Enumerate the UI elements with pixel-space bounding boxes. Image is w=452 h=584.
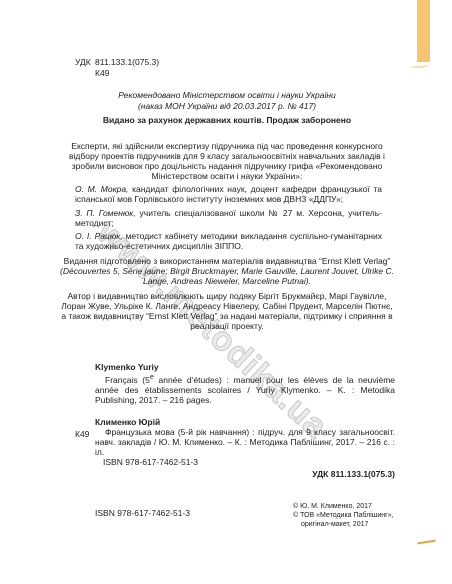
copyright-layout: оригінал-макет, 2017 xyxy=(293,520,394,529)
biblio-author-latin: Klymenko Yuriy xyxy=(95,362,395,372)
accent-line xyxy=(417,540,436,545)
footer-isbn: ISBN 978-617-7462-51-3 xyxy=(95,508,190,518)
publisher-materials-note: Видання підготовлено з використанням мат… xyxy=(59,256,395,286)
biblio-fr-part1: Français (5 xyxy=(105,375,150,385)
expert-name: О. І. Рацюк, xyxy=(75,231,123,241)
page-corner-tab xyxy=(417,0,430,62)
publisher-credits: (Découvertes 5, Série jaune; Birgit Bruc… xyxy=(59,266,395,286)
expert-name: З. П. Гоменюк, xyxy=(75,208,136,218)
udk-footer: УДК 811.133.1(075.3) xyxy=(95,469,395,479)
state-funds-notice: Видано за рахунок державних коштів. Прод… xyxy=(60,115,394,125)
udk-number: 811.133.1(075.3) xyxy=(95,57,159,67)
copyright-block: © Ю. М. Клименко, 2017 © ТОВ «Методика П… xyxy=(293,502,394,529)
copyright-publisher: © ТОВ «Методика Паблішинг», xyxy=(293,511,394,520)
imprint-page: www.metodika.ua УДК 811.133.1(075.3) К49… xyxy=(0,0,452,584)
isbn-line: ISBN 978-617-7462-51-3 xyxy=(95,457,395,467)
biblio-entry-french: Klymenko Yuriy Français (5e année d’étud… xyxy=(95,362,395,405)
expert-entry: О. М. Мокра, кандидат філологічних наук,… xyxy=(75,184,382,204)
ministry-recommendation: Рекомендовано Міністерством освіти і нау… xyxy=(60,90,394,111)
catalog-code: К49 xyxy=(95,68,109,78)
udk-label: УДК xyxy=(75,57,91,67)
publisher-materials-line: Видання підготовлено з використанням мат… xyxy=(59,256,395,266)
biblio-author-cyrillic: Клименко Юрій xyxy=(95,417,395,427)
acknowledgment-paragraph: Автор і видавництво висловлюють щиру под… xyxy=(60,291,394,331)
biblio-entry-ukrainian: К49 Клименко Юрій Французька мова (5-й р… xyxy=(95,417,395,479)
catalog-code-margin: К49 xyxy=(75,429,89,439)
experts-intro: Експерти, які здійснили експертизу підру… xyxy=(60,141,394,181)
experts-list: О. М. Мокра, кандидат філологічних наук,… xyxy=(75,184,382,255)
biblio-text-french: Français (5e année d’études) : manuel po… xyxy=(95,372,395,405)
biblio-text-ukrainian: Французька мова (5-й рік навчання) : під… xyxy=(95,427,395,457)
page-corner-tab-curl xyxy=(411,61,430,68)
expert-entry: О. І. Рацюк, методист кабінету методики … xyxy=(75,231,382,251)
order-reference: (наказ МОН України від 20.03.2017 р. № 4… xyxy=(60,101,394,112)
copyright-author: © Ю. М. Клименко, 2017 xyxy=(293,502,394,511)
recommendation-line: Рекомендовано Міністерством освіти і нау… xyxy=(60,90,394,101)
expert-entry: З. П. Гоменюк, учитель спеціалізованої ш… xyxy=(75,208,382,228)
expert-name: О. М. Мокра, xyxy=(75,184,128,194)
